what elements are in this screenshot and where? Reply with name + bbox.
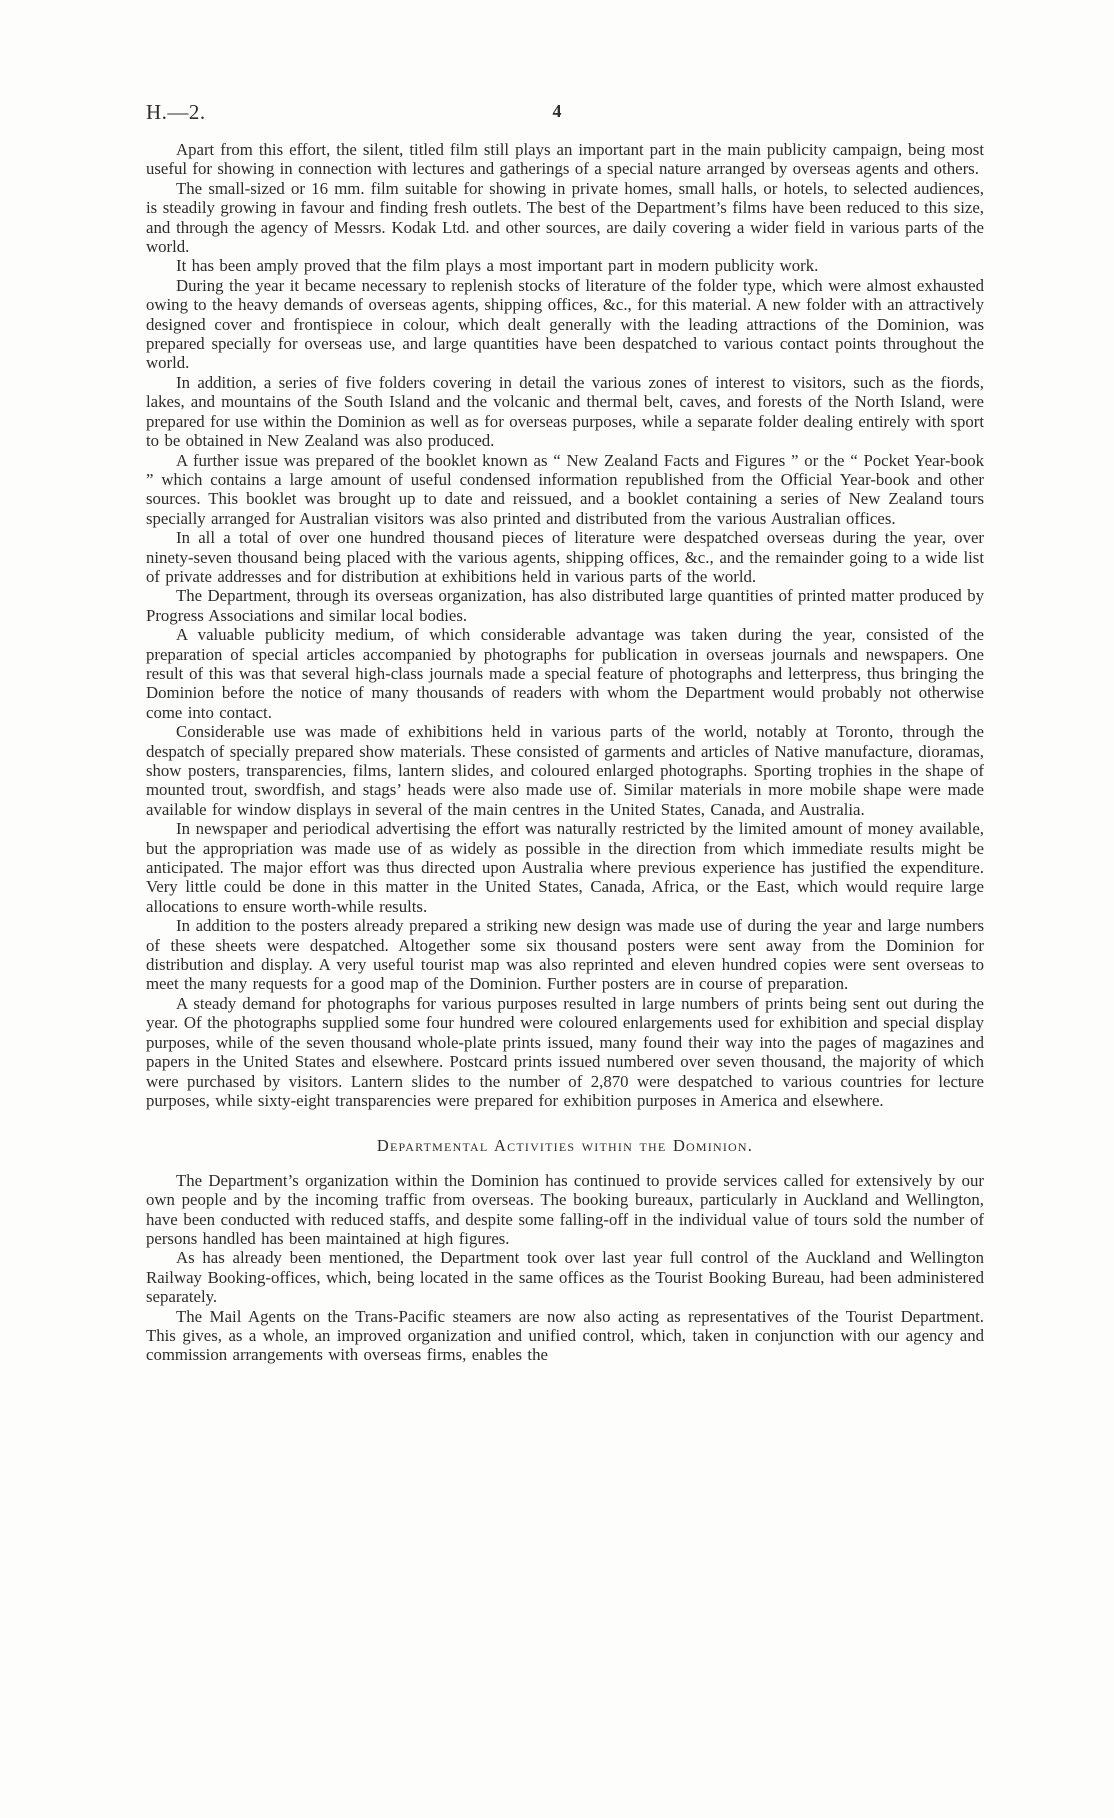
paragraph: The Department, through its overseas org… bbox=[146, 586, 984, 625]
page-number: 4 bbox=[0, 101, 1114, 122]
paragraph: As has already been mentioned, the Depar… bbox=[146, 1248, 984, 1306]
document-body: Apart from this effort, the silent, titl… bbox=[146, 140, 984, 1365]
paragraph: A further issue was prepared of the book… bbox=[146, 451, 984, 529]
paragraph: A steady demand for photographs for vari… bbox=[146, 994, 984, 1110]
paragraph: In newspaper and periodical advertising … bbox=[146, 819, 984, 916]
paragraph: A valuable publicity medium, of which co… bbox=[146, 625, 984, 722]
paragraph: During the year it became necessary to r… bbox=[146, 276, 984, 373]
section-heading: Departmental Activities within the Domin… bbox=[146, 1136, 984, 1155]
paragraph: In addition to the posters already prepa… bbox=[146, 916, 984, 994]
paragraph: The Department’s organization within the… bbox=[146, 1171, 984, 1249]
paragraph: The Mail Agents on the Trans-Pacific ste… bbox=[146, 1307, 984, 1365]
paragraph: Apart from this effort, the silent, titl… bbox=[146, 140, 984, 179]
paragraph: It has been amply proved that the film p… bbox=[146, 256, 984, 275]
paragraph: Considerable use was made of exhibitions… bbox=[146, 722, 984, 819]
paragraph: In addition, a series of five folders co… bbox=[146, 373, 984, 451]
paragraph: In all a total of over one hundred thous… bbox=[146, 528, 984, 586]
document-page: H.—2. 4 Apart from this effort, the sile… bbox=[0, 0, 1114, 1818]
paragraph: The small-sized or 16 mm. film suitable … bbox=[146, 179, 984, 257]
